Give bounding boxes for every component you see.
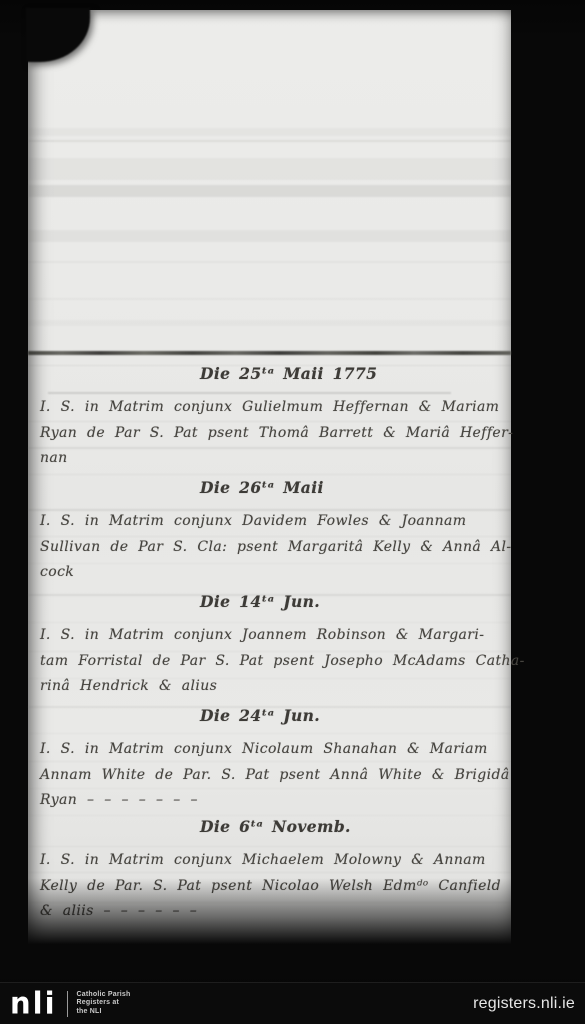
marriage-record: Die 26ᵗᵃ Maii I. S. in Matrim conjunx Da… (40, 478, 503, 586)
record-line: I. S. in Matrim conjunx Michaelem Molown… (40, 848, 503, 874)
record-date-heading: Die 24ᵗᵃ Jun. (200, 706, 503, 725)
record-line: & aliis – – – – – – (40, 899, 503, 925)
paper-streak (28, 230, 511, 242)
record-line: I. S. in Matrim conjunx Nicolaum Shanaha… (40, 737, 503, 763)
nli-logo: nli (10, 988, 57, 1018)
tagline-line-2: Registers at (77, 999, 131, 1008)
paper-streak (28, 261, 511, 263)
marriage-record: Die 25ᵗᵃ Maii 1775 I. S. in Matrim conju… (40, 364, 503, 472)
record-date-heading: Die 14ᵗᵃ Jun. (200, 592, 503, 611)
record-line: Ryan – – – – – – – (40, 788, 503, 814)
logo-divider (67, 991, 68, 1017)
paper-streak (28, 185, 511, 197)
record-line: I. S. in Matrim conjunx Joannem Robinson… (40, 623, 503, 649)
paper-streak (28, 128, 511, 136)
page-corner-notch (26, 8, 90, 62)
record-line: cock (40, 560, 503, 586)
record-date-heading: Die 26ᵗᵃ Maii (200, 478, 503, 497)
record-line: Sullivan de Par S. Cla: psent Margaritâ … (40, 535, 503, 561)
marriage-record: Die 6ᵗᵃ Novemb. I. S. in Matrim conjunx … (40, 817, 503, 925)
paper-streak (28, 320, 511, 326)
record-line: Annam White de Par. S. Pat psent Annâ Wh… (40, 763, 503, 789)
marriage-record: Die 14ᵗᵃ Jun. I. S. in Matrim conjunx Jo… (40, 592, 503, 700)
record-line: I. S. in Matrim conjunx Gulielmum Heffer… (40, 395, 503, 421)
ruled-line (28, 474, 511, 475)
record-date-heading: Die 25ᵗᵃ Maii 1775 (200, 364, 503, 383)
site-url-label: registers.nli.ie (473, 995, 575, 1013)
marriage-record: Die 24ᵗᵃ Jun. I. S. in Matrim conjunx Ni… (40, 706, 503, 814)
tagline-line-1: Catholic Parish (77, 991, 131, 1000)
paper-streak (28, 158, 511, 180)
logo-tagline: Catholic Parish Registers at the NLI (77, 991, 131, 1017)
viewer-background: Die 25ᵗᵃ Maii 1775 I. S. in Matrim conju… (0, 0, 585, 1024)
record-line: nan (40, 446, 503, 472)
footer-bar: nli Catholic Parish Registers at the NLI… (0, 982, 585, 1024)
record-line: Kelly de Par. S. Pat psent Nicolao Welsh… (40, 874, 503, 900)
paper-streak (28, 140, 511, 142)
record-line: tam Forristal de Par S. Pat psent Joseph… (40, 649, 503, 675)
record-line: Ryan de Par S. Pat psent Thomâ Barrett &… (40, 421, 503, 447)
ruled-line (28, 815, 511, 816)
fold-crease (28, 351, 511, 355)
record-line: I. S. in Matrim conjunx Davidem Fowles &… (40, 509, 503, 535)
record-line: rinâ Hendrick & alius (40, 674, 503, 700)
tagline-line-3: the NLI (77, 1008, 131, 1017)
manuscript-page-scan: Die 25ᵗᵃ Maii 1775 I. S. in Matrim conju… (28, 10, 511, 950)
record-date-heading: Die 6ᵗᵃ Novemb. (200, 817, 503, 836)
paper-streak (28, 298, 511, 300)
